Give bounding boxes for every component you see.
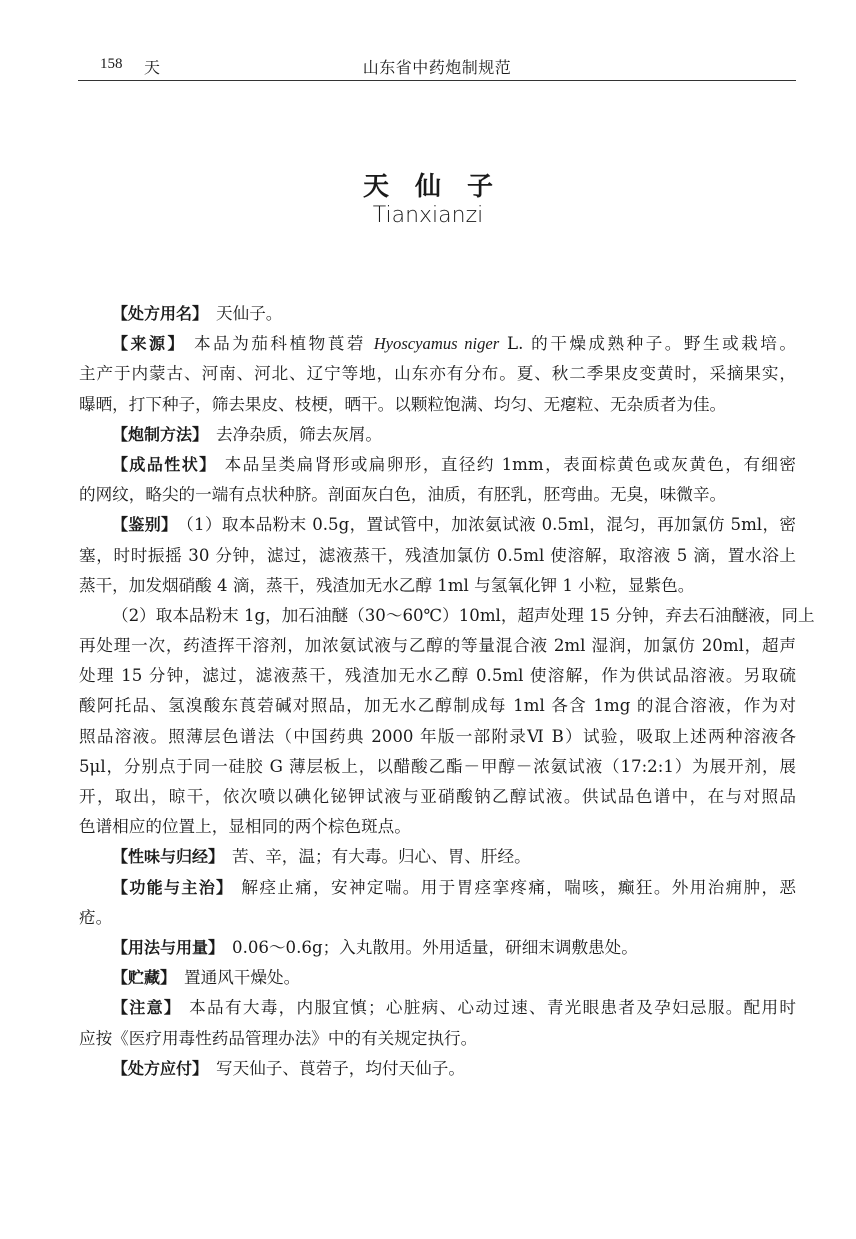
section-source: 【来源】本品为茄科植物莨菪 Hyoscyamus niger L. 的干燥成熟种… — [79, 329, 796, 359]
section-line: 塞，时时振摇 30 分钟，滤过，滤液蒸干，残渣加氯仿 0.5ml 使溶解，取溶液… — [79, 541, 796, 571]
section-text: 苦、辛，温；有大毒。归心、胃、肝经。 — [232, 847, 531, 866]
section-label: 【来源】 — [112, 334, 186, 353]
section-identification: 【鉴别】（1）取本品粉末 0.5g，置试管中，加浓氨试液 0.5ml，混匀，再加… — [79, 510, 796, 540]
section-dispensing: 【处方应付】写天仙子、莨菪子，均付天仙子。 — [79, 1054, 796, 1084]
section-prescription-name: 【处方用名】天仙子。 — [79, 299, 796, 329]
section-label: 【注意】 — [112, 998, 181, 1017]
section-line: 疮。 — [79, 903, 796, 933]
section-line: 主产于内蒙古、河南、河北、辽宁等地，山东亦有分布。夏、秋二季果皮变黄时，采摘果实… — [79, 359, 796, 389]
section-text: 本品为茄科植物莨菪 — [194, 334, 366, 353]
section-label: 【贮藏】 — [112, 968, 176, 987]
latin-binomial: Hyoscyamus niger — [374, 334, 500, 353]
section-functions-indications: 【功能与主治】解痉止痛，安神定喘。用于胃痉挛疼痛，喘咳，癫狂。外用治痈肿，恶 — [79, 873, 796, 903]
section-text: 本品有大毒，内服宜慎；心脏病、心动过速、青光眼患者及孕妇忌服。配用时 — [189, 998, 796, 1017]
section-text: 0.06～0.6g；入丸散用。外用适量，研细末调敷患处。 — [232, 938, 638, 957]
book-title: 山东省中药炮制规范 — [78, 55, 796, 78]
section-dosage: 【用法与用量】0.06～0.6g；入丸散用。外用适量，研细末调敷患处。 — [79, 933, 796, 963]
section-label: 【鉴别】 — [112, 515, 177, 534]
section-label: 【处方应付】 — [112, 1059, 208, 1078]
section-label: 【性味与归经】 — [112, 847, 224, 866]
entry-pinyin: Tianxianzi — [0, 203, 856, 228]
section-text: 写天仙子、莨菪子，均付天仙子。 — [216, 1059, 465, 1078]
section-line: 色谱相应的位置上，显相同的两个棕色斑点。 — [79, 812, 796, 842]
entry-title: 天仙子 — [0, 166, 856, 203]
section-text: 解痉止痛，安神定喘。用于胃痉挛疼痛，喘咳，癫狂。外用治痈肿，恶 — [241, 878, 796, 897]
section-label: 【功能与主治】 — [112, 878, 233, 897]
running-header: 158 天 山东省中药炮制规范 — [78, 52, 796, 82]
section-text: 本品呈类扁肾形或扁卵形，直径约 1mm，表面棕黄色或灰黄色，有细密 — [225, 455, 796, 474]
section-label: 【成品性状】 — [112, 455, 217, 474]
section-line: 应按《医疗用毒性药品管理办法》中的有关规定执行。 — [79, 1024, 796, 1054]
section-line: （2）取本品粉末 1g，加石油醚（30～60℃）10ml，超声处理 15 分钟，… — [79, 601, 796, 631]
section-precautions: 【注意】本品有大毒，内服宜慎；心脏病、心动过速、青光眼患者及孕妇忌服。配用时 — [79, 993, 796, 1023]
section-text: 置通风干燥处。 — [184, 968, 300, 987]
section-processing-method: 【炮制方法】去净杂质，筛去灰屑。 — [79, 420, 796, 450]
section-product-description: 【成品性状】本品呈类扁肾形或扁卵形，直径约 1mm，表面棕黄色或灰黄色，有细密 — [79, 450, 796, 480]
section-line: 处理 15 分钟，滤过，滤液蒸干，残渣加无水乙醇 0.5ml 使溶解，作为供试品… — [79, 661, 796, 691]
section-line: 照品溶液。照薄层色谱法（中国药典 2000 年版一部附录Ⅵ B）试验，吸取上述两… — [79, 722, 796, 752]
header-rule — [78, 80, 796, 81]
section-text: （1）取本品粉末 0.5g，置试管中，加浓氨试液 0.5ml，混匀，再加氯仿 5… — [185, 515, 796, 534]
section-line: 开，取出，晾干，依次喷以碘化铋钾试液与亚硝酸钠乙醇试液。供试品色谱中，在与对照品 — [79, 782, 796, 812]
monograph-body: 【处方用名】天仙子。 【来源】本品为茄科植物莨菪 Hyoscyamus nige… — [79, 299, 796, 1084]
section-storage: 【贮藏】置通风干燥处。 — [79, 963, 796, 993]
section-line: 5μl，分别点于同一硅胶 G 薄层板上，以醋酸乙酯－甲醇－浓氨试液（17:2:1… — [79, 752, 796, 782]
section-label: 【炮制方法】 — [112, 425, 208, 444]
section-text: L. 的干燥成熟种子。野生或栽培。 — [507, 334, 796, 353]
section-text: 去净杂质，筛去灰屑。 — [216, 425, 382, 444]
section-label: 【用法与用量】 — [112, 938, 224, 957]
section-text: 天仙子。 — [216, 304, 282, 323]
section-line: 蒸干，加发烟硝酸 4 滴，蒸干，残渣加无水乙醇 1ml 与氢氧化钾 1 小粒，显… — [79, 571, 796, 601]
section-label: 【处方用名】 — [112, 304, 208, 323]
section-nature-meridian: 【性味与归经】苦、辛，温；有大毒。归心、胃、肝经。 — [79, 842, 796, 872]
section-line: 酸阿托品、氢溴酸东莨菪碱对照品，加无水乙醇制成每 1ml 各含 1mg 的混合溶… — [79, 691, 796, 721]
section-line: 曝晒，打下种子，筛去果皮、枝梗，晒干。以颗粒饱满、均匀、无瘪粒、无杂质者为佳。 — [79, 390, 796, 420]
section-line: 再处理一次，药渣挥干溶剂，加浓氨试液与乙醇的等量混合液 2ml 湿润，加氯仿 2… — [79, 631, 796, 661]
section-line: 的网纹，略尖的一端有点状种脐。剖面灰白色，油质，有胚乳，胚弯曲。无臭，味微辛。 — [79, 480, 796, 510]
